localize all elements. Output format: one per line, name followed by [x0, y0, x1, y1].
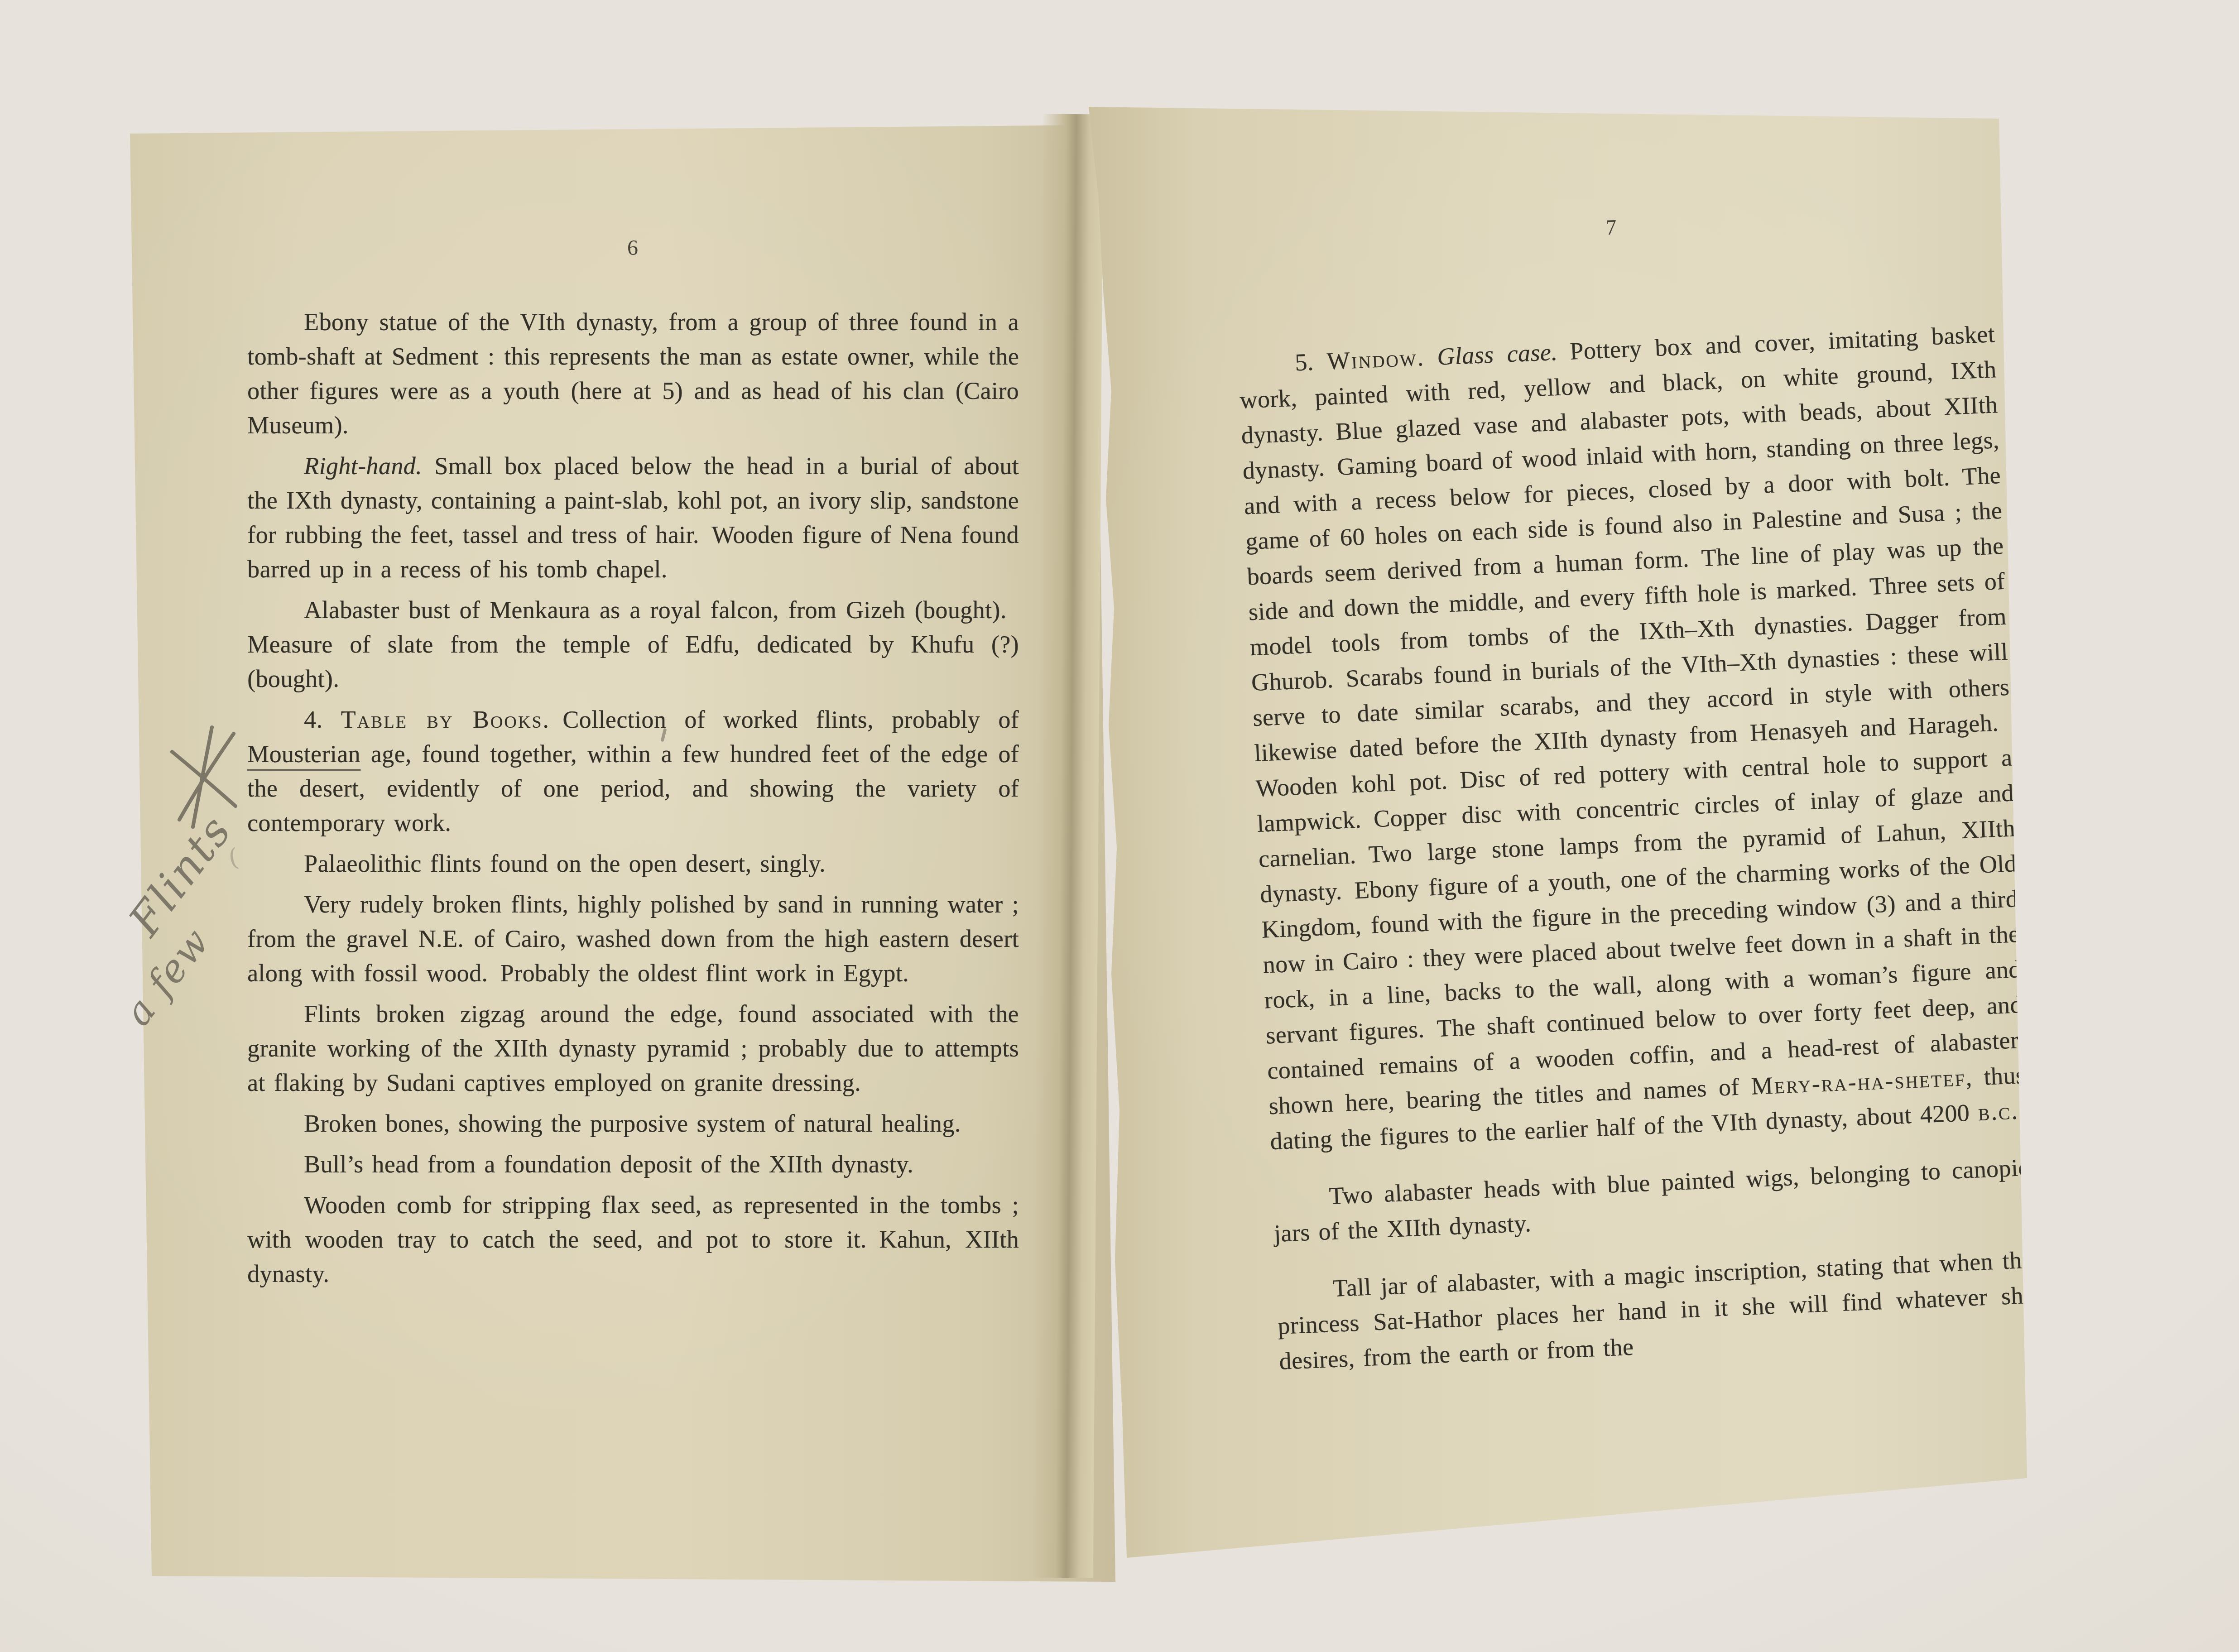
book-gutter-fold	[1032, 114, 1104, 1578]
text-segment: Table by Books.	[341, 706, 550, 733]
text-segment: Two alabaster heads with blue painted wi…	[1273, 1154, 2030, 1247]
text-segment: Window.	[1326, 344, 1426, 375]
paragraph: Wooden comb for stripping flax seed, as …	[247, 1188, 1019, 1291]
paragraph: Palaeolithic flints found on the open de…	[247, 846, 1019, 881]
text-segment: Broken bones, showing the purposive syst…	[304, 1110, 961, 1137]
page-left: 6 Ebony statue of the VIth dynasty, from…	[125, 121, 1116, 1586]
page-right-content: 7 5. Window. Glass case. Pottery box and…	[1233, 198, 2037, 1400]
text-segment: Very rudely broken flints, highly polish…	[247, 891, 1019, 987]
text-segment: 5.	[1294, 348, 1327, 376]
paragraph: Right-hand. Small box placed below the h…	[247, 449, 1019, 586]
paragraph: Tall jar of alabaster, with a magic insc…	[1276, 1242, 2037, 1379]
paragraph: 4. Table by Books. Collection of worked …	[247, 702, 1019, 840]
text-segment: 4.	[304, 706, 341, 733]
text-segment: Glass case.	[1437, 338, 1558, 370]
paragraph: Two alabaster heads with blue painted wi…	[1272, 1150, 2031, 1251]
page-left-content: 6 Ebony statue of the VIth dynasty, from…	[247, 235, 1019, 1297]
paragraph: Ebony statue of the VIth dynasty, from a…	[247, 305, 1019, 442]
text-segment: b.c.	[1978, 1097, 2019, 1126]
book-photo-scene: 6 Ebony statue of the VIth dynasty, from…	[0, 0, 2239, 1652]
paragraph: Bull’s head from a foundation deposit of…	[247, 1147, 1019, 1181]
text-segment: Right-hand.	[304, 452, 422, 480]
text-segment: Alabaster bust of Menkaura as a royal fa…	[247, 596, 1019, 692]
text-segment: age, found together, within a few hundre…	[247, 740, 1019, 836]
text-segment: Bull’s head from a foundation deposit of…	[304, 1151, 913, 1178]
paragraph: Very rudely broken flints, highly polish…	[247, 887, 1019, 990]
paragraph: Flints broken zigzag around the edge, fo…	[247, 997, 1019, 1100]
text-segment: Wooden comb for stripping flax seed, as …	[247, 1191, 1019, 1287]
text-segment: Palaeolithic flints found on the open de…	[304, 850, 826, 877]
page-right-text: 5. Window. Glass case. Pottery box and c…	[1238, 316, 2037, 1379]
page-number-left: 6	[247, 235, 1019, 262]
page-right: 7 5. Window. Glass case. Pottery box and…	[1083, 101, 2034, 1568]
paragraph: Broken bones, showing the purposive syst…	[247, 1106, 1019, 1141]
text-segment: Flints broken zigzag around the edge, fo…	[247, 1000, 1019, 1096]
text-segment: Mery-ra-ha-shetef	[1751, 1064, 1966, 1100]
paragraph: Alabaster bust of Menkaura as a royal fa…	[247, 593, 1019, 696]
text-segment: Ebony statue of the VIth dynasty, from a…	[247, 308, 1019, 439]
paragraph: 5. Window. Glass case. Pottery box and c…	[1238, 316, 2028, 1159]
pencil-underlined-word: Mousterian	[247, 740, 360, 768]
text-segment: Tall jar of alabaster, with a magic insc…	[1277, 1246, 2035, 1374]
text-segment	[1424, 343, 1438, 371]
page-left-text: Ebony statue of the VIth dynasty, from a…	[247, 305, 1019, 1291]
text-segment: Collection of worked flints, probably of	[550, 706, 1019, 733]
page-number-right: 7	[1233, 198, 1990, 257]
text-segment: Pottery box and cover, imitating basket …	[1239, 320, 2024, 1119]
